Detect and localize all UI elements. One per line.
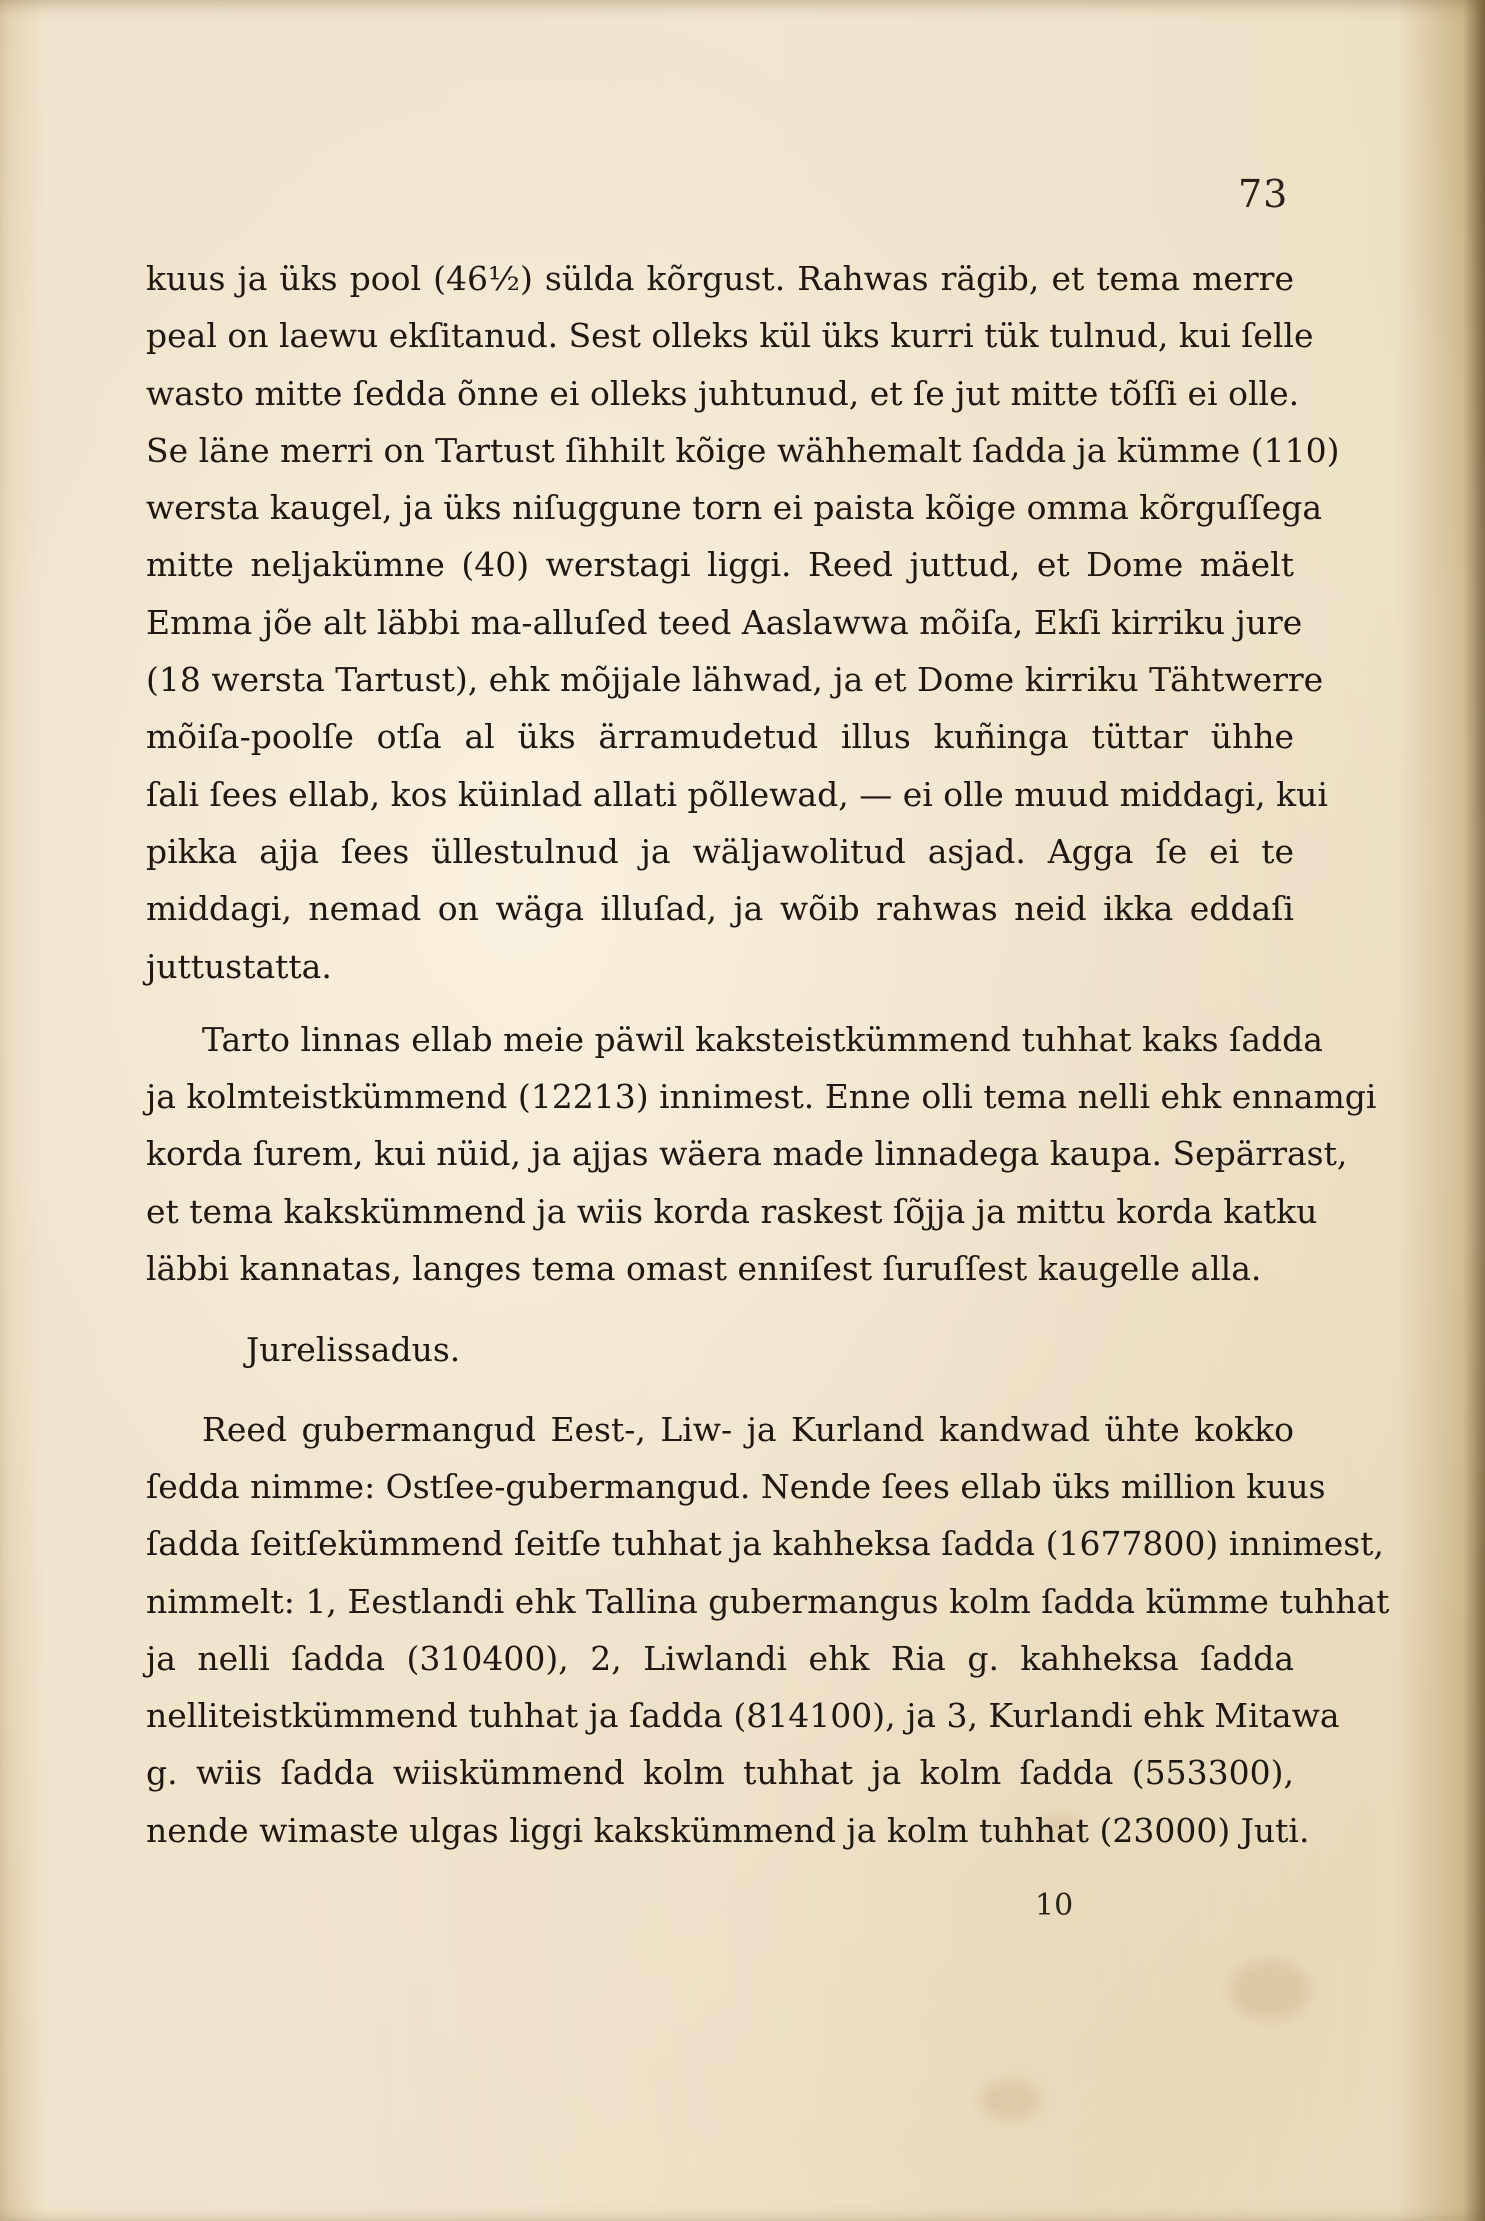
text-line: wasto mitte ſedda õnne ei olleks juhtunu… bbox=[146, 365, 1294, 422]
text-line: läbbi kannatas, langes tema omast enniſe… bbox=[146, 1240, 1294, 1297]
text-line: ja nelli ſadda (310400), 2, Liwlandi ehk… bbox=[146, 1630, 1294, 1687]
paragraph-2: Tarto linnas ellab meie päwil kaksteistk… bbox=[146, 1011, 1294, 1297]
text-line: pikka ajja ſees üllestulnud ja wäljawoli… bbox=[146, 823, 1294, 880]
paragraph-1: kuus ja üks pool (46½) süldа kõrgust. Ra… bbox=[146, 250, 1294, 995]
paragraph-gap bbox=[146, 995, 1294, 1011]
text-line: mitte neljakümne (40) werstagi liggi. Re… bbox=[146, 536, 1294, 593]
text-line: ſedda nimme: Ostſee-gubermangud. Nende ſ… bbox=[146, 1458, 1294, 1515]
text-line: middagi, nemad on wäga illuſad, ja wõib … bbox=[146, 880, 1294, 937]
text-line: g. wiis ſadda wiiskümmend kolm tuhhat ja… bbox=[146, 1744, 1294, 1801]
body-text: kuus ja üks pool (46½) süldа kõrgust. Ra… bbox=[146, 250, 1294, 1859]
text-line: (18 wersta Tartust), ehk mõjjale lähwad,… bbox=[146, 651, 1294, 708]
text-line: korda ſurem, kui nüid, ja ajjas wäera ma… bbox=[146, 1125, 1294, 1182]
text-line: kuus ja üks pool (46½) süldа kõrgust. Ra… bbox=[146, 250, 1294, 307]
text-line: ſadda ſeitſekümmend ſeitſe tuhhat ja kah… bbox=[146, 1515, 1294, 1572]
text-line: et tema kakskümmend ja wiis korda raskes… bbox=[146, 1183, 1294, 1240]
text-line: ja kolmteistkümmend (12213) innimest. En… bbox=[146, 1068, 1294, 1125]
text-line: Tarto linnas ellab meie päwil kaksteistk… bbox=[146, 1011, 1294, 1068]
text-line: juttustatta. bbox=[146, 938, 1294, 995]
paragraph-3: Reed gubermangud Eest-, Liw- ja Kurland … bbox=[146, 1401, 1294, 1859]
text-line: nende wimaste ulgas liggi kakskümmend ja… bbox=[146, 1802, 1294, 1859]
page-number-top: 73 bbox=[1238, 172, 1288, 216]
text-line: wersta kaugel, ja üks niſuggune torn ei … bbox=[146, 479, 1294, 536]
paper-stain bbox=[1230, 1960, 1310, 2020]
text-line: Emma jõe alt läbbi ma-alluſed teed Aasla… bbox=[146, 594, 1294, 651]
section-heading: Jurelissadus. bbox=[146, 1321, 1294, 1378]
text-line: ſali ſees ellab, kos küinlad allati põll… bbox=[146, 766, 1294, 823]
text-line: nelliteistkümmend tuhhat ja ſadda (81410… bbox=[146, 1687, 1294, 1744]
text-line: peal on laewu ekſitanud. Sest olleks kül… bbox=[146, 307, 1294, 364]
text-line: Se läne merri on Tartust ſihhilt kõige w… bbox=[146, 422, 1294, 479]
paper-stain bbox=[980, 2080, 1040, 2120]
signature-mark: 10 bbox=[1035, 1888, 1073, 1923]
text-line: Reed gubermangud Eest-, Liw- ja Kurland … bbox=[146, 1401, 1294, 1458]
book-page: 73 kuus ja üks pool (46½) süldа kõrgust.… bbox=[0, 0, 1485, 2221]
text-line: nimmelt: 1, Eestlandi ehk Tallina guberm… bbox=[146, 1573, 1294, 1630]
text-line: mõiſa-poolſe otſa al üks ärramudetud ill… bbox=[146, 708, 1294, 765]
